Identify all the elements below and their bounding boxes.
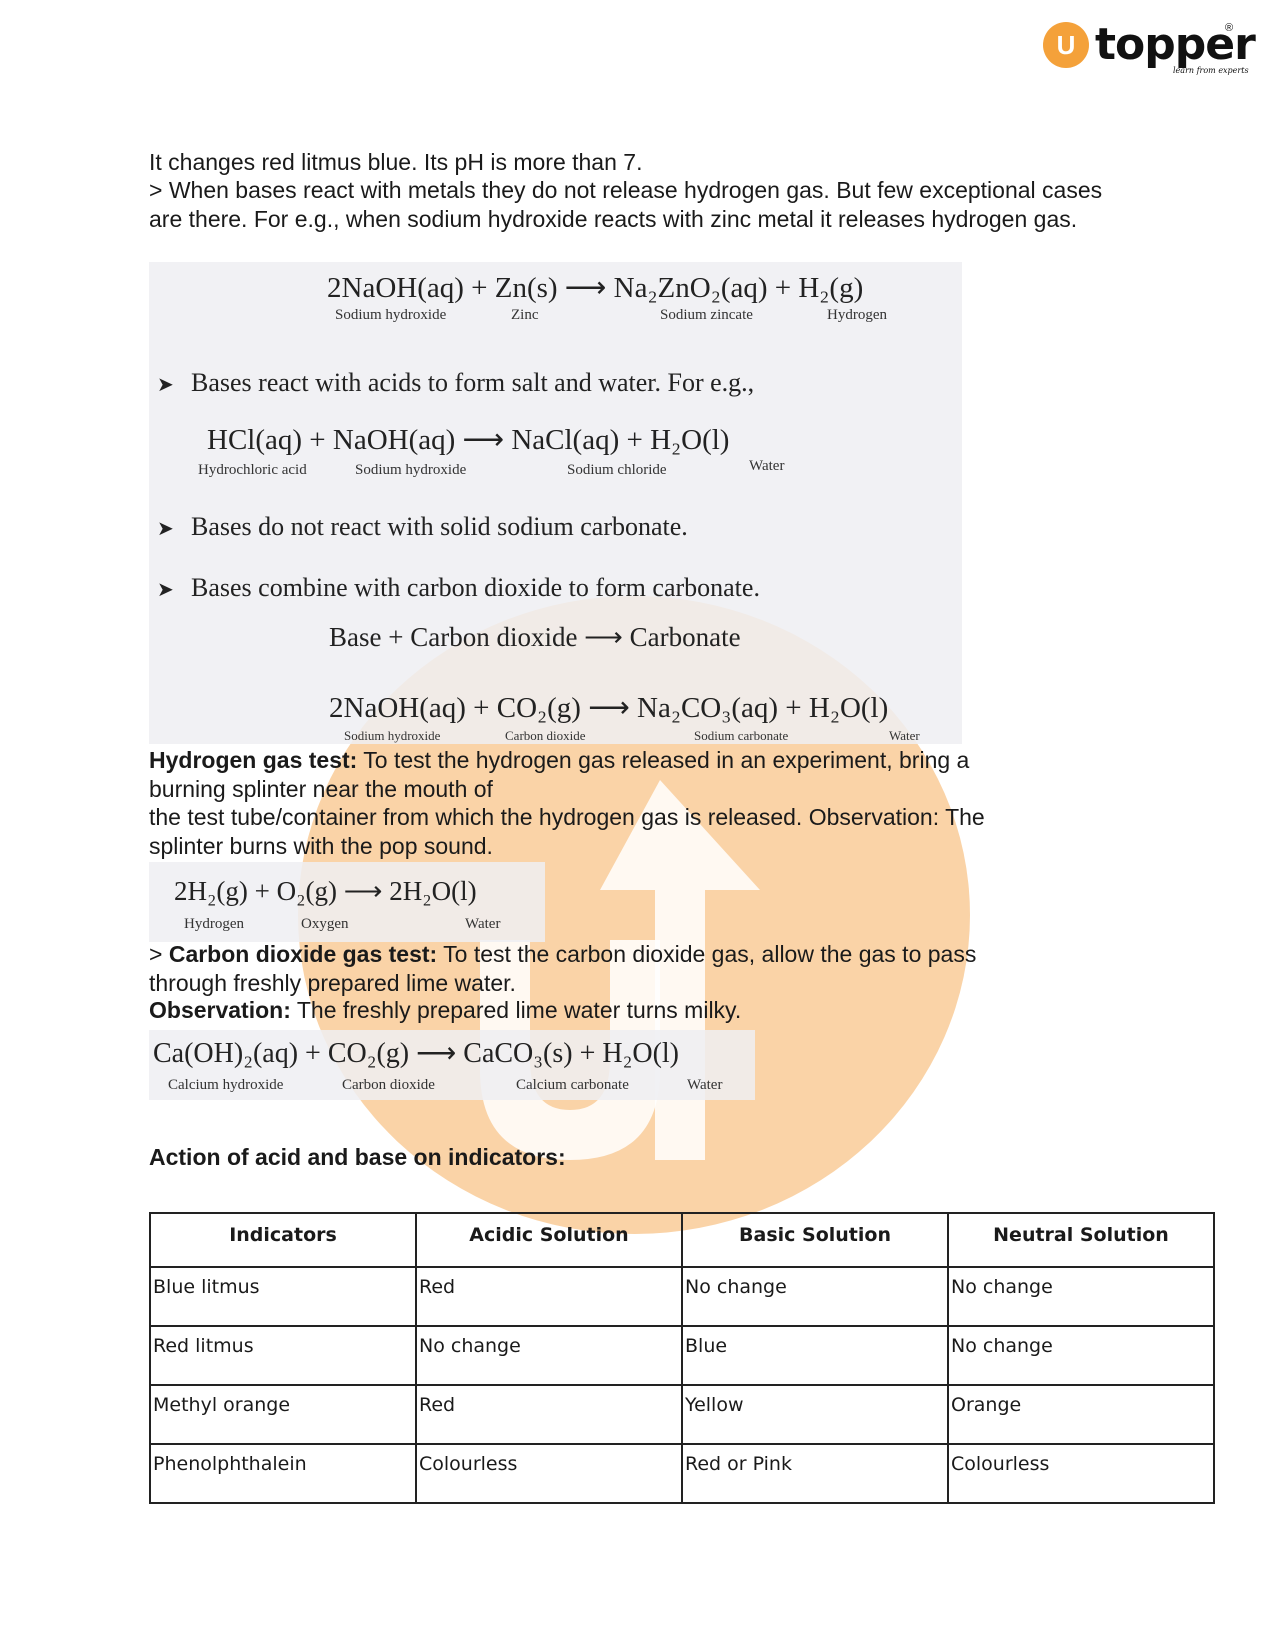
limewater-figure: Ca(OH)₂(aq) + CO₂(g) ⟶ CaCO₃(s) + H₂O(l)…: [149, 1030, 755, 1100]
intro-line-2: > When bases react with metals they do n…: [149, 176, 1109, 233]
column-header: Acidic Solution: [416, 1213, 682, 1267]
co2-test-paragraph: > Carbon dioxide gas test: To test the c…: [149, 940, 1049, 997]
word-equation: Base + Carbon dioxide ⟶ Carbonate: [329, 622, 741, 653]
neutralization-equation: HCl(aq) + NaOH(aq) ⟶ NaCl(aq) + H₂O(l): [207, 422, 729, 457]
co2-test-prefix: >: [149, 941, 169, 967]
intro-line-1: It changes red litmus blue. Its pH is mo…: [149, 148, 1149, 177]
table-cell: Red: [416, 1385, 682, 1444]
table-cell: Yellow: [682, 1385, 948, 1444]
hydrogen-combustion-figure: 2H₂(g) + O₂(g) ⟶ 2H₂O(l) Hydrogen Oxygen…: [149, 862, 545, 942]
co2-test-title: Carbon dioxide gas test:: [169, 941, 437, 967]
hydrogen-test-paragraph: Hydrogen gas test: To test the hydrogen …: [149, 746, 1049, 803]
table-cell: Red litmus: [150, 1326, 416, 1385]
table-cell: Red: [416, 1267, 682, 1326]
table-header-row: Indicators Acidic Solution Basic Solutio…: [150, 1213, 1214, 1267]
registered-mark: ®: [1225, 22, 1233, 34]
hydrogen-test-title: Hydrogen gas test:: [149, 747, 357, 773]
co2-reaction-equation: 2NaOH(aq) + CO₂(g) ⟶ Na₂CO₃(aq) + H₂O(l): [329, 690, 888, 725]
table-cell: Blue: [682, 1326, 948, 1385]
eq-label: Water: [687, 1077, 722, 1094]
hydrogen-combustion-equation: 2H₂(g) + O₂(g) ⟶ 2H₂O(l): [174, 876, 477, 907]
table-cell: Phenolphthalein: [150, 1444, 416, 1503]
observation-text: The freshly prepared lime water turns mi…: [291, 997, 741, 1023]
bullet-acids: ➤Bases react with acids to form salt and…: [157, 368, 754, 398]
table-cell: Methyl orange: [150, 1385, 416, 1444]
eq-label: Sodium carbonate: [694, 728, 788, 744]
base-reactions-figure: 2NaOH(aq) + Zn(s) ⟶ Na₂ZnO₂(aq) + H₂(g) …: [149, 262, 962, 744]
table-cell: Red or Pink: [682, 1444, 948, 1503]
eq-label: Calcium hydroxide: [168, 1077, 283, 1094]
column-header: Neutral Solution: [948, 1213, 1214, 1267]
arrowhead-bullet-icon: ➤: [157, 577, 191, 602]
eq-label: Sodium chloride: [567, 462, 667, 479]
eq-label: Oxygen: [301, 916, 349, 933]
eq-label: Water: [889, 728, 920, 744]
indicators-heading: Action of acid and base on indicators:: [149, 1144, 566, 1171]
eq-label: Sodium zincate: [660, 307, 753, 324]
eq-label: Water: [465, 916, 500, 933]
bullet-co2: ➤Bases combine with carbon dioxide to fo…: [157, 573, 760, 603]
bullet-text: Bases do not react with solid sodium car…: [191, 512, 688, 541]
logo-u-icon: U: [1043, 22, 1089, 68]
eq-label: Calcium carbonate: [516, 1077, 629, 1094]
brand-tagline: learn from experts: [1173, 66, 1249, 75]
table-cell: Blue litmus: [150, 1267, 416, 1326]
bullet-text: Bases combine with carbon dioxide to for…: [191, 573, 760, 602]
arrowhead-bullet-icon: ➤: [157, 516, 191, 541]
eq-label: Carbon dioxide: [342, 1077, 435, 1094]
indicators-table: Indicators Acidic Solution Basic Solutio…: [149, 1212, 1215, 1504]
table-cell: Colourless: [948, 1444, 1214, 1503]
eq-label: Hydrochloric acid: [198, 462, 307, 479]
column-header: Basic Solution: [682, 1213, 948, 1267]
hydrogen-test-text-2: the test tube/container from which the h…: [149, 803, 1049, 860]
limewater-equation: Ca(OH)₂(aq) + CO₂(g) ⟶ CaCO₃(s) + H₂O(l): [153, 1036, 679, 1070]
co2-observation: Observation: The freshly prepared lime w…: [149, 996, 1149, 1025]
table-row: Phenolphthalein Colourless Red or Pink C…: [150, 1444, 1214, 1503]
table-cell: Orange: [948, 1385, 1214, 1444]
eq-label: Sodium hydroxide: [355, 462, 466, 479]
eq-label: Water: [749, 458, 784, 475]
arrowhead-bullet-icon: ➤: [157, 372, 191, 397]
eq-label: Sodium hydroxide: [335, 307, 446, 324]
topper-logo: U topper ® learn from experts: [1043, 22, 1255, 68]
eq-label: Carbon dioxide: [505, 728, 586, 744]
zinc-equation: 2NaOH(aq) + Zn(s) ⟶ Na₂ZnO₂(aq) + H₂(g): [327, 270, 863, 305]
eq-label: Hydrogen: [827, 307, 887, 324]
eq-label: Hydrogen: [184, 916, 244, 933]
table-cell: No change: [416, 1326, 682, 1385]
table-row: Methyl orange Red Yellow Orange: [150, 1385, 1214, 1444]
eq-label: Zinc: [511, 307, 539, 324]
table-cell: No change: [948, 1326, 1214, 1385]
table-cell: Colourless: [416, 1444, 682, 1503]
bullet-carbonate: ➤Bases do not react with solid sodium ca…: [157, 512, 688, 542]
bullet-text: Bases react with acids to form salt and …: [191, 368, 754, 397]
eq-label: Sodium hydroxide: [344, 728, 440, 744]
logo-letter: U: [1057, 30, 1076, 61]
table-cell: No change: [948, 1267, 1214, 1326]
table-row: Blue litmus Red No change No change: [150, 1267, 1214, 1326]
table-row: Red litmus No change Blue No change: [150, 1326, 1214, 1385]
observation-label: Observation:: [149, 997, 291, 1023]
table-cell: No change: [682, 1267, 948, 1326]
column-header: Indicators: [150, 1213, 416, 1267]
